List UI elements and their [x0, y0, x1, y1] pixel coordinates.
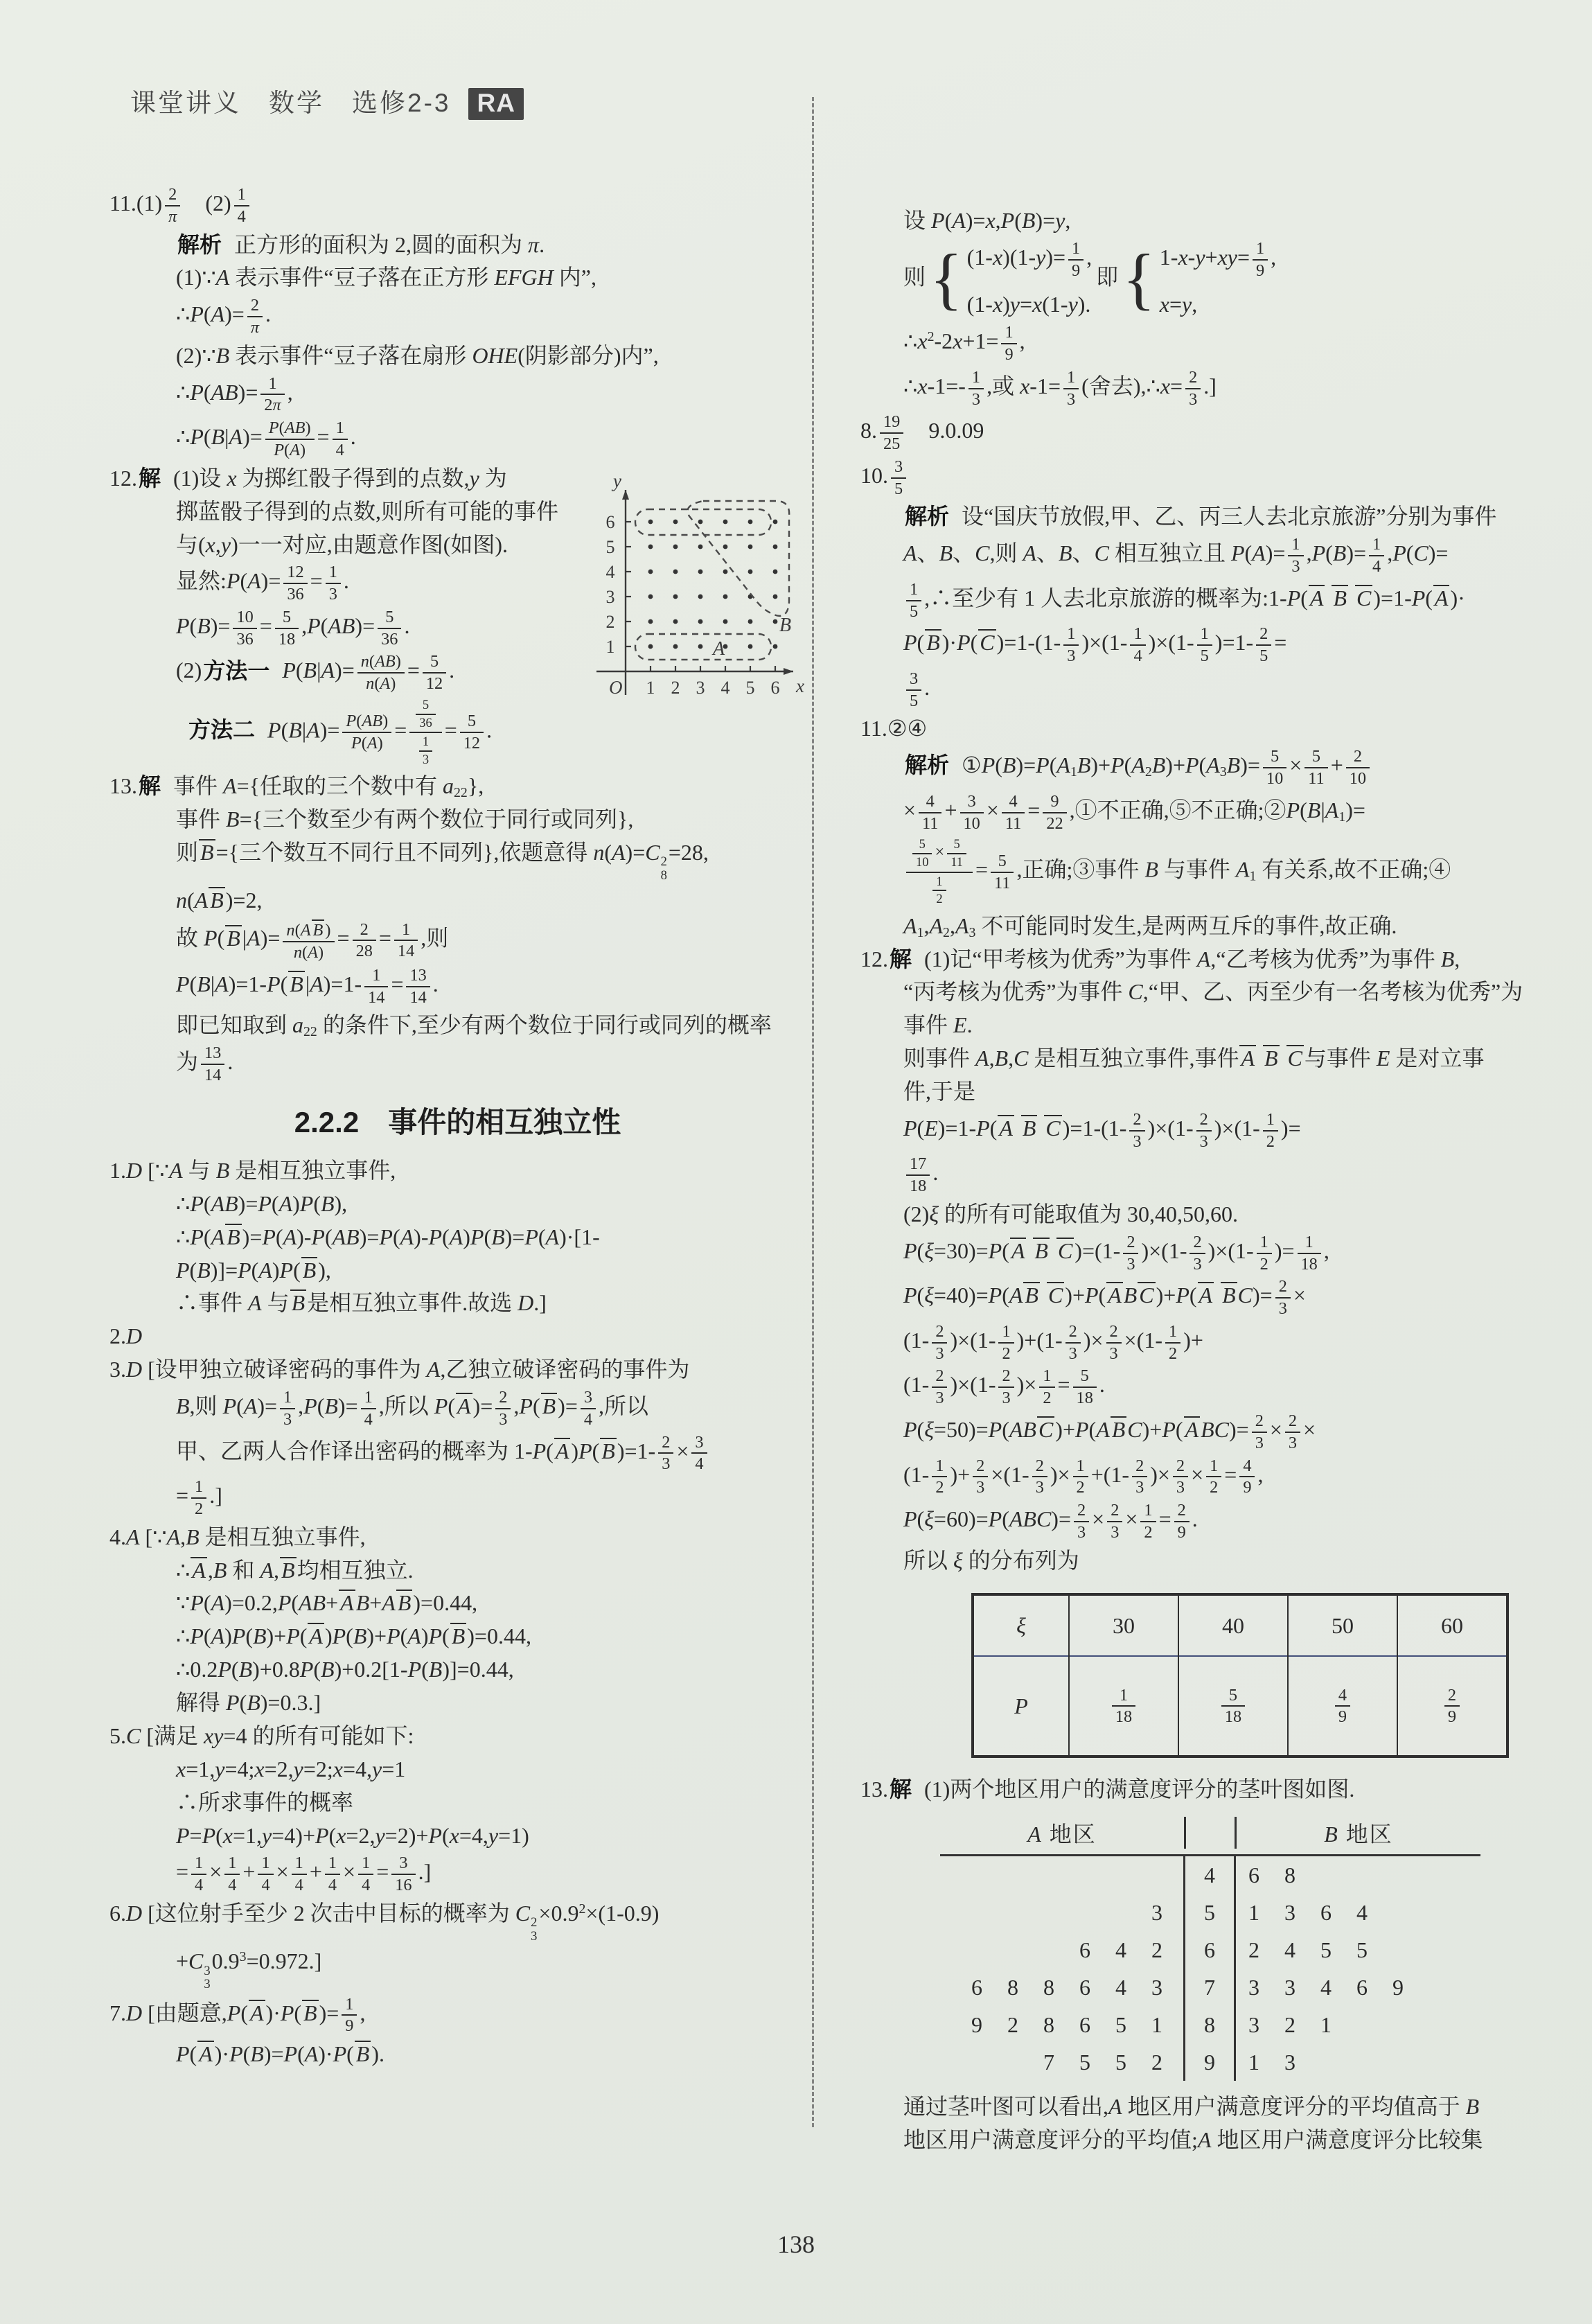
text-line: (2)∵B 表示事件“豆子落在扇形 OHE(阴影部分)内”,	[109, 341, 806, 371]
fraction: 49	[1239, 1457, 1255, 1497]
fraction: 518	[275, 608, 299, 649]
binomial-scripts: 28	[661, 855, 667, 882]
fraction: 49	[1335, 1687, 1350, 1727]
overline-term: A	[1309, 585, 1325, 610]
fraction: 23	[1129, 1111, 1144, 1151]
fraction: 14	[1369, 536, 1384, 576]
fraction: 12	[932, 1457, 947, 1497]
fraction: 19	[1253, 240, 1268, 280]
text-line: 则B={三个数互不同行且不同列},依题意得 n(A)=C28=28,	[109, 838, 806, 882]
table-cell: ξ	[973, 1594, 1069, 1656]
text-line: 地区用户满意度评分的平均值;A 地区用户满意度评分比较集	[860, 2125, 1574, 2155]
overline-term: A	[456, 1393, 472, 1418]
right-column: 设 P(A)=x,P(B)=y,则{(1-x)(1-y)=19,(1-x)y=x…	[860, 202, 1574, 2158]
fraction: 12	[1165, 1323, 1180, 1363]
text-line: 通过茎叶图可以看出,A 地区用户满意度评分的平均值高于 B	[860, 2092, 1574, 2122]
text-line: ∴P(A)P(B)+P(A)P(B)+P(A)P(B)=0.44,	[109, 1621, 806, 1651]
fraction: 114	[394, 921, 418, 961]
text-line: ∴所求事件的概率	[109, 1788, 806, 1817]
fraction: 15	[906, 581, 921, 621]
text-line: P(ξ=50)=P(ABC)+P(ABC)+P(ABC)=23×23×	[860, 1411, 1574, 1453]
fraction: 12	[1263, 1111, 1278, 1151]
fraction: 25	[1256, 625, 1271, 665]
text-line: +C330.93=0.972.]	[109, 1946, 806, 1991]
fraction: 536	[378, 608, 401, 649]
text-line: 解得 P(B)=0.3.]	[109, 1688, 806, 1718]
text-line: ∴x-1=-13,或 x-1=13(舍去),∴x=23.]	[860, 368, 1574, 410]
overline-term: A	[998, 1115, 1014, 1141]
text-line: A、B、C,则 A、B、C 相互独立且 P(A)=13,P(B)=14,P(C)…	[860, 535, 1574, 576]
overline-term: B	[1263, 1045, 1280, 1071]
fraction: 14	[358, 1854, 373, 1894]
text-line: 510×51112=511,正确;③事件 B 与事件 A1 有关系,故不正确;④	[860, 836, 1574, 907]
svg-text:1: 1	[606, 637, 615, 657]
overline-term: B	[302, 2000, 319, 2025]
text-line: =12.]	[109, 1477, 806, 1519]
overline-term: C	[1286, 1045, 1304, 1071]
text-line: 事件 E.	[860, 1010, 1574, 1040]
fraction: 23	[1285, 1412, 1300, 1452]
overline-term: B	[396, 1590, 413, 1615]
svg-text:5: 5	[746, 678, 755, 698]
text-line: P(B|A)=1-P(B|A)=1-114=1314.	[109, 966, 806, 1007]
text-line: n(AB)=2,	[109, 886, 806, 915]
fraction: 34	[581, 1389, 596, 1429]
overline-term: A	[1433, 585, 1450, 610]
fraction: n(AB)n(A)	[357, 653, 405, 693]
fraction: 12	[1257, 1233, 1272, 1274]
book-title: 课堂讲义 数学 选修2-3	[130, 89, 450, 117]
overline-term: A	[554, 1438, 571, 1463]
text-line: (1)∵A 表示事件“豆子落在正方形 EFGH 内”,	[109, 263, 806, 292]
svg-text:6: 6	[771, 678, 780, 698]
overline-term: B	[1033, 1238, 1050, 1263]
fraction: 29	[1444, 1687, 1460, 1727]
fraction: 310	[960, 793, 984, 833]
fraction: 13	[1288, 536, 1303, 576]
fraction: 511	[991, 852, 1014, 892]
fraction: 518	[1221, 1687, 1245, 1727]
fraction: 23	[1065, 1323, 1081, 1363]
fraction: 23	[1106, 1323, 1122, 1363]
fraction: 23	[495, 1389, 511, 1429]
fraction: n(AB)n(A)	[283, 919, 334, 962]
fraction: 411	[1002, 793, 1025, 833]
text-line: ∴x2-2x+1=19,	[860, 323, 1574, 364]
svg-text:3: 3	[696, 678, 705, 698]
overline-term: C	[1037, 1416, 1054, 1442]
table-cell: P	[973, 1656, 1069, 1757]
fraction: 510×51112	[906, 837, 973, 906]
text-line: “丙考核为优秀”为事件 C,“甲、乙、丙至少有一名考核为优秀”为	[860, 977, 1574, 1007]
fraction: 14	[325, 1854, 340, 1894]
text-line: 则事件 A,B,C 是相互独立事件,事件A B C与事件 E 是对立事	[860, 1044, 1574, 1073]
text-line: 故 P(B|A)=n(AB)n(A)=228=114,则	[109, 919, 806, 962]
fraction: 12	[998, 1323, 1014, 1363]
fraction: 14	[224, 1854, 240, 1894]
text-line: 8.1925 9.0.09	[860, 412, 1574, 454]
text-line: 5.C [满足 xy=4 的所有可能如下:	[109, 1721, 806, 1751]
fraction: 1718	[906, 1155, 930, 1195]
overline-term: B	[1023, 1282, 1040, 1308]
overline-term: A	[249, 2000, 265, 2025]
text-line: 13.解 事件 A={任取的三个数中有 a22},	[109, 771, 806, 801]
fraction: 23	[1185, 369, 1201, 409]
distribution-table: ξ30405060P1185184929	[971, 1593, 1509, 1758]
text-line: (1-12)+23×(1-23)×12+(1-23)×23×12=49,	[860, 1456, 1574, 1498]
fraction: 19	[342, 1996, 357, 2036]
text-line: 35.	[860, 669, 1574, 711]
overline-term: A	[1184, 1416, 1201, 1442]
fraction: 12	[1206, 1457, 1221, 1497]
fraction: 510	[1263, 748, 1286, 788]
fraction: 2π	[247, 297, 263, 337]
fraction: 13	[1063, 625, 1079, 665]
fraction: 23	[658, 1434, 673, 1474]
fraction: 23	[1123, 1233, 1138, 1274]
left-column: 11.(1)2π (2)14解析 正方形的面积为 2,圆的面积为 π.(1)∵A…	[109, 182, 806, 2072]
fraction: 1036	[233, 608, 256, 649]
fraction: 210	[1346, 748, 1370, 788]
svg-text:2: 2	[606, 612, 615, 632]
fraction: 13	[1063, 369, 1079, 409]
fraction: 13	[969, 369, 984, 409]
text-line: 件,于是	[860, 1077, 1574, 1107]
svg-text:2: 2	[671, 678, 680, 698]
text-line: 11.②④	[860, 714, 1574, 743]
fraction: 13	[419, 735, 432, 766]
text-line: 解析 设“国庆节放假,甲、乙、丙三人去北京旅游”分别为事件	[860, 502, 1574, 531]
fraction: 12	[1140, 1502, 1156, 1542]
overline-term: B	[1332, 585, 1348, 610]
table-cell: 518	[1178, 1656, 1288, 1757]
fraction: P(AB)P(A)	[342, 712, 391, 752]
fraction: 114	[364, 967, 388, 1007]
overline-term: B	[1111, 1416, 1127, 1442]
overline-term: C	[1138, 1282, 1155, 1308]
table-cell: 118	[1069, 1656, 1178, 1757]
fraction: 1314	[201, 1044, 224, 1084]
textbook-answer-page: { "page": {"number": "138", "paper_color…	[0, 0, 1592, 2324]
overline-term: A	[339, 1590, 355, 1615]
overline-term: B	[600, 1438, 617, 1463]
table-cell: 29	[1397, 1656, 1507, 1757]
fraction: 922	[1043, 793, 1066, 833]
overline-term: C	[1355, 585, 1372, 610]
overline-term: A	[1010, 1238, 1027, 1263]
text-line: 1718.	[860, 1154, 1574, 1196]
text-line: 则{(1-x)(1-y)=19,(1-x)y=x(1-y).即{1-x-y+xy…	[860, 239, 1574, 319]
fraction: 228	[353, 921, 376, 961]
overline-term: B	[209, 887, 225, 913]
fraction: 411	[919, 793, 941, 833]
overline-term: B	[355, 2041, 371, 2066]
svg-text:A: A	[711, 638, 725, 660]
fraction: 23	[1173, 1457, 1188, 1497]
fraction: 14	[191, 1854, 206, 1894]
text-line: ×411+310×411=922,①不正确,⑤不正确;②P(B|A1)=	[860, 792, 1574, 834]
overline-term: B	[225, 1224, 242, 1249]
fraction: 23	[1275, 1278, 1291, 1318]
fraction: 2π	[165, 186, 180, 226]
text-line: x=1,y=4;x=2,y=2;x=4,y=1	[109, 1754, 806, 1784]
overline-term: B	[1021, 1115, 1038, 1141]
svg-text:4: 4	[721, 678, 730, 698]
stemleaf-row: 6 4 262 4 5 5	[940, 1931, 1480, 1969]
overline-term: B	[301, 1257, 318, 1283]
fraction: 12	[932, 875, 946, 906]
text-line: ∴P(AB)=P(A)P(B),	[109, 1189, 806, 1219]
overline-term: A	[308, 1623, 324, 1648]
text-line: 3.D [设甲独立破译密码的事件为 A,乙独立破译密码的事件为	[109, 1355, 806, 1384]
fraction: 13	[326, 563, 341, 604]
fraction: 23	[998, 1367, 1014, 1407]
text-line: 甲、乙两人合作译出密码的概率为 1-P(A)P(B)=1-23×34	[109, 1433, 806, 1474]
text-line: P(E)=1-P(A B C)=1-(1-23)×(1-23)×(1-12)=	[860, 1110, 1574, 1152]
text-line: 2.D	[109, 1321, 806, 1351]
svg-text:6: 6	[606, 512, 615, 532]
text-line: 为1314.	[109, 1044, 806, 1085]
text-line: ∴P(B|A)=P(AB)P(A)=14.	[109, 419, 806, 460]
text-line: (2)ξ 的所有可能取值为 30,40,50,60.	[860, 1199, 1574, 1229]
text-line: P(ξ=30)=P(A B C)=(1-23)×(1-23)×(1-12)=11…	[860, 1233, 1574, 1274]
fraction: 23	[1196, 1111, 1212, 1151]
fraction: 15	[1197, 625, 1212, 665]
text-line: (1-23)×(1-23)×12=518.	[860, 1366, 1574, 1408]
text-line: ∴P(AB)=12π,	[109, 374, 806, 416]
text-line: =14×14+14×14+14×14=316.]	[109, 1854, 806, 1895]
binomial-scripts: 23	[531, 1916, 537, 1943]
section-title: 2.2.2 事件的相互独立性	[109, 1103, 806, 1142]
edition-badge: RA	[468, 88, 523, 120]
fraction: 316	[391, 1854, 415, 1894]
fraction: 23	[932, 1323, 947, 1363]
fraction: 512	[460, 712, 484, 752]
fraction: 14	[333, 419, 348, 459]
text-line: ∴P(A)=2π.	[109, 296, 806, 337]
text-line: 13.解 (1)两个地区用户的满意度评分的茎叶图如图.	[860, 1775, 1574, 1804]
text-line: 1.D [∵A 与 B 是相互独立事件,	[109, 1156, 806, 1186]
fraction: 14	[234, 186, 249, 226]
fraction: 512	[423, 653, 446, 693]
overline-term: B	[199, 839, 215, 865]
fraction: 29	[1174, 1502, 1189, 1542]
fraction: 34	[691, 1434, 707, 1474]
text-line: 事件 B={三个数至少有两个数位于同行或同列},	[109, 804, 806, 834]
fraction: 19	[1068, 240, 1084, 280]
overline-term: C	[978, 629, 996, 655]
overline-term: A	[197, 2041, 214, 2066]
text-line: 所以 ξ 的分布列为	[860, 1546, 1574, 1576]
text-line: (1-23)×(1-12)+(1-23)×23×(1-12)+	[860, 1322, 1574, 1364]
text-line: ∴事件 A 与B是相互独立事件.故选 D.]	[109, 1288, 806, 1318]
overline-term: A	[1106, 1282, 1123, 1308]
fraction: 510	[912, 838, 932, 869]
fraction: 23	[1107, 1502, 1122, 1542]
text-line: ∴0.2P(B)+0.8P(B)+0.2[1-P(B)]=0.44,	[109, 1655, 806, 1684]
svg-text:O: O	[609, 677, 623, 698]
overline-term: A	[1239, 1045, 1256, 1071]
fraction: 511	[1304, 748, 1327, 788]
text-line: P(A)·P(B)=P(A)·P(B).	[109, 2039, 806, 2069]
text-line: P(ξ=40)=P(AB C)+P(ABC)+P(A BC)=23×	[860, 1277, 1574, 1319]
fraction: 13	[280, 1389, 295, 1429]
fraction: 14	[292, 1854, 307, 1894]
overline-term: B	[1221, 1282, 1237, 1308]
overline-term: B	[450, 1623, 467, 1648]
fraction: 23	[932, 1367, 947, 1407]
fraction: 23	[1032, 1457, 1047, 1497]
overline-term: B	[280, 1557, 297, 1583]
fraction: 23	[1189, 1233, 1205, 1274]
fraction: 23	[973, 1457, 988, 1497]
column-divider	[812, 97, 814, 2127]
overline-term: C	[1056, 1238, 1074, 1263]
fraction: P(AB)P(A)	[265, 419, 315, 459]
fraction: 1236	[283, 563, 307, 604]
overline-term: A	[191, 1557, 207, 1583]
fraction: 23	[1252, 1412, 1267, 1452]
overline-term: B	[290, 1289, 307, 1315]
fraction: 23	[1074, 1502, 1089, 1542]
text-line: ∴P(AB)=P(A)-P(AB)=P(A)-P(A)P(B)=P(A)·[1-	[109, 1222, 806, 1252]
svg-text:x: x	[795, 676, 804, 696]
text-line: 7.D [由题意,P(A)·P(B)=19,	[109, 1995, 806, 2036]
text-line: 即已知取到 a22 的条件下,至少有两个数位于同行或同列的概率	[109, 1010, 806, 1040]
text-line: P=P(x=1,y=4)+P(x=2,y=2)+P(x=4,y=1)	[109, 1821, 806, 1851]
stemleaf-row: 46 8	[940, 1856, 1480, 1894]
table-cell: 30	[1069, 1594, 1178, 1656]
overline-term: C	[1044, 1115, 1061, 1141]
overline-term: B	[288, 971, 305, 996]
fraction: 35	[906, 670, 921, 710]
svg-text:B: B	[779, 615, 791, 636]
fraction: 53613	[409, 698, 441, 767]
stemleaf-row: 7 5 5 291 3	[940, 2043, 1480, 2081]
overline-term: B	[541, 1393, 558, 1418]
fraction: 14	[258, 1854, 273, 1894]
fraction: 14	[361, 1389, 376, 1429]
text-line: 解析 正方形的面积为 2,圆的面积为 π.	[109, 230, 806, 260]
text-line: P(B)]=P(A)P(B),	[109, 1256, 806, 1285]
stem-leaf-plot: A 地区B 地区46 8351 3 6 46 4 262 4 5 56 8 8 …	[940, 1817, 1480, 2081]
fraction: 511	[947, 838, 966, 869]
fraction: 1925	[880, 413, 903, 453]
fraction: 518	[1073, 1367, 1097, 1407]
svg-text:4: 4	[606, 562, 615, 582]
text-line: A1,A2,A3 不可能同时发生,是两两互斥的事件,故正确.	[860, 911, 1574, 941]
fraction: 12	[1073, 1457, 1088, 1497]
page-number: 138	[0, 2230, 1592, 2259]
page-header: 课堂讲义 数学 选修2-3RA	[130, 82, 524, 120]
text-line: P(ξ=60)=P(ABC)=23×23×12=29.	[860, 1501, 1574, 1542]
fraction: 12	[191, 1478, 206, 1518]
fraction: 19	[1001, 324, 1016, 364]
svg-text:1: 1	[646, 678, 655, 698]
stemleaf-header-b: B 地区	[1237, 1817, 1480, 1849]
text-line: 设 P(A)=x,P(B)=y,	[860, 206, 1574, 236]
stemleaf-row: 9 2 8 6 5 183 2 1	[940, 2006, 1480, 2043]
svg-text:3: 3	[606, 587, 615, 607]
text-line: 11.(1)2π (2)14	[109, 185, 806, 227]
overline-term: B	[312, 919, 325, 940]
overline-term: A	[1198, 1282, 1214, 1308]
fraction: 14	[1130, 625, 1145, 665]
text-line: 10.35	[860, 457, 1574, 499]
stemleaf-header-a: A 地区	[940, 1817, 1184, 1849]
text-line: 12.解 (1)记“甲考核为优秀”为事件 A,“乙考核为优秀”为事件 B,	[860, 944, 1574, 974]
fraction: 35	[891, 458, 906, 498]
binomial-scripts: 33	[204, 1964, 210, 1991]
stemleaf-row: 6 8 8 6 4 373 3 4 6 9	[940, 1969, 1480, 2006]
table-cell: 50	[1288, 1594, 1397, 1656]
fraction: 12π	[260, 375, 284, 415]
overline-term: B	[225, 925, 242, 951]
equation-system: {1-x-y+xy=19,x=y,	[1122, 239, 1276, 319]
overline-term: C	[1047, 1282, 1064, 1308]
text-line: ∴A,B 和 A,B均相互独立.	[109, 1556, 806, 1585]
text-line: P(B)·P(C)=1-(1-13)×(1-14)×(1-15)=1-25=	[860, 624, 1574, 666]
text-line: 6.D [这位射手至少 2 次击中目标的概率为 C23×0.92×(1-0.9)	[109, 1899, 806, 1943]
table-cell: 40	[1178, 1594, 1288, 1656]
svg-text:5: 5	[606, 537, 615, 557]
text-line: ∵P(A)=0.2,P(AB+AB+AB)=0.44,	[109, 1588, 806, 1618]
fraction: 118	[1298, 1233, 1321, 1274]
text-line: B,则 P(A)=13,P(B)=14,所以 P(A)=23,P(B)=34,所…	[109, 1388, 806, 1429]
table-cell: 49	[1288, 1656, 1397, 1757]
overline-term: B	[925, 629, 941, 655]
text-line: 15,∴至少有 1 人去北京旅游的概率为:1-P(A B C)=1-P(A)·	[860, 580, 1574, 622]
table-cell: 60	[1397, 1594, 1507, 1656]
fraction: 12	[1039, 1367, 1054, 1407]
fraction: 23	[1132, 1457, 1147, 1497]
fraction: 118	[1112, 1687, 1135, 1727]
dice-outcome-scatter-plot: 123456123456xyOAB	[577, 466, 806, 710]
text-line: 解析 ①P(B)=P(A1B)+P(A2B)+P(A3B)=510×511+21…	[860, 747, 1574, 789]
equation-system: {(1-x)(1-y)=19,(1-x)y=x(1-y).	[930, 239, 1092, 319]
stemleaf-row: 351 3 6 4	[940, 1894, 1480, 1931]
fraction: 1314	[406, 967, 430, 1007]
fraction: 536	[416, 698, 435, 730]
svg-text:y: y	[611, 470, 621, 491]
text-line: 4.A [∵A,B 是相互独立事件,	[109, 1522, 806, 1552]
